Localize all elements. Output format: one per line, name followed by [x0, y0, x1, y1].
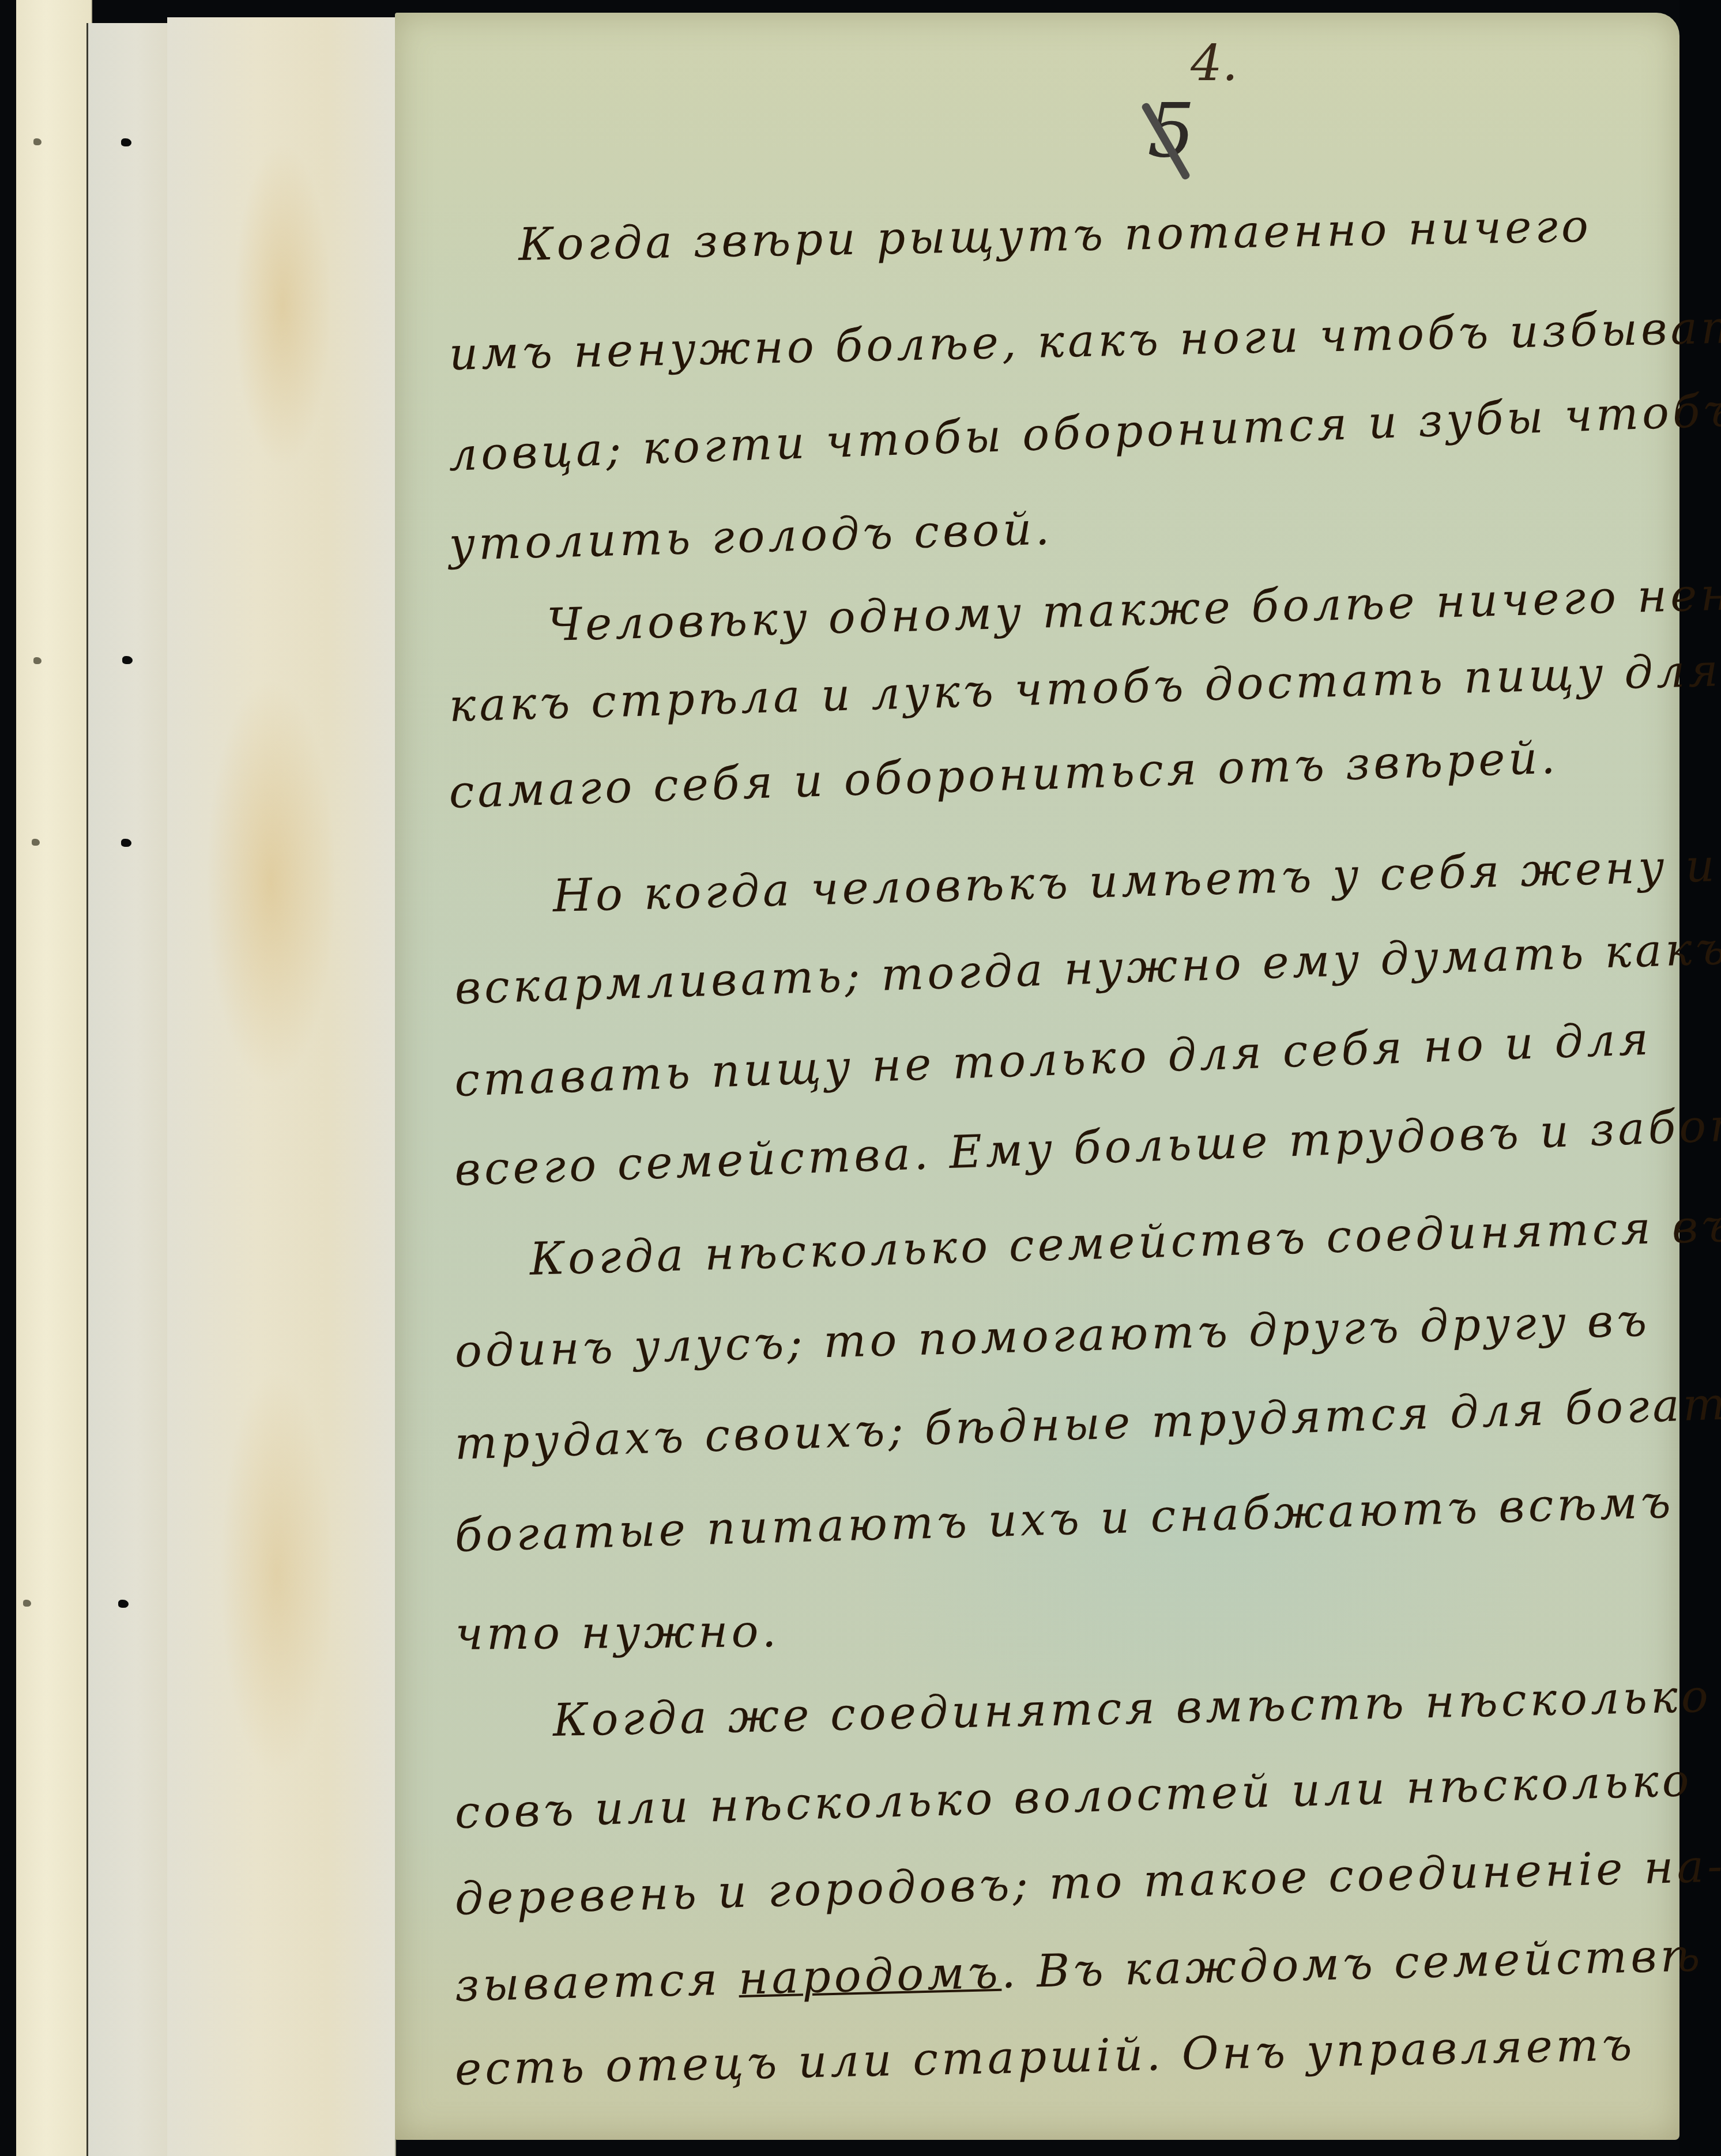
binding-strip-outer	[16, 0, 92, 2156]
stitch-hole	[32, 839, 40, 846]
text-line: что нужно.	[455, 1605, 779, 1660]
text-segment: зывается	[454, 1953, 739, 2012]
stitch-hole	[121, 138, 131, 146]
stitch-hole	[33, 138, 42, 145]
binding-strip-guard	[86, 23, 169, 2156]
stitch-hole	[23, 1600, 31, 1607]
underlined-word: народомъ	[738, 1947, 1002, 2005]
stitch-hole	[122, 656, 133, 664]
repair-tissue-strip	[167, 17, 396, 2156]
stitch-hole	[121, 839, 131, 847]
stitch-hole	[118, 1600, 129, 1608]
folio-number: 4.	[1191, 35, 1238, 92]
stitch-hole	[33, 657, 42, 664]
